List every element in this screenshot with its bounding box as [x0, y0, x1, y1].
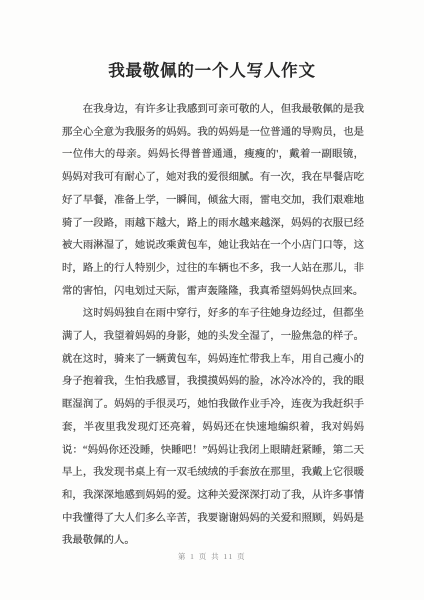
document-page: 我最敬佩的一个人写人作文 在我身边，有许多让我感到可亲可敬的人，但我最敬佩的是我…: [0, 0, 424, 600]
essay-paragraph-2: 这时妈妈独自在雨中穿行，好多的车子往她身边经过，但都坐满了人，我望着妈妈的身影，…: [62, 303, 364, 553]
essay-body: 在我身边，有许多让我感到可亲可敬的人，但我最敬佩的是我那全心全意为我服务的妈妈。…: [62, 99, 364, 553]
essay-paragraph-1: 在我身边，有许多让我感到可亲可敬的人，但我最敬佩的是我那全心全意为我服务的妈妈。…: [62, 99, 364, 303]
page-number-footer: 第 1 页 共 11 页: [0, 552, 424, 562]
essay-title: 我最敬佩的一个人写人作文: [0, 57, 424, 85]
